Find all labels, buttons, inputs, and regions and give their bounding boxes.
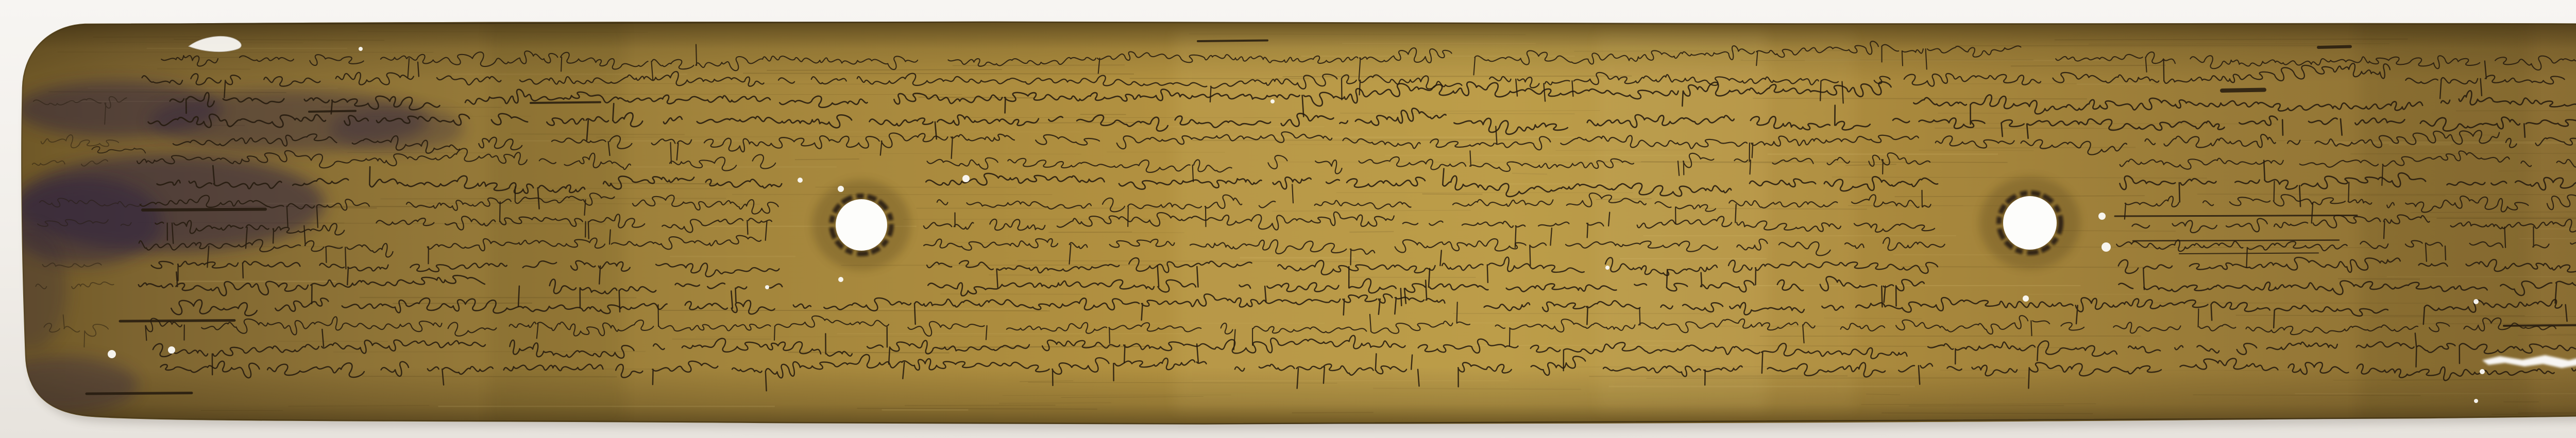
ink-rule xyxy=(120,321,234,322)
ink-rule xyxy=(2504,325,2576,326)
ink-rule xyxy=(2318,47,2350,48)
ink-rule xyxy=(309,111,355,112)
ink-rule xyxy=(143,209,265,211)
ink-rule xyxy=(1198,41,1267,42)
string-hole xyxy=(836,199,887,251)
scanned-page: 6 1 9 620 xyxy=(0,0,2576,438)
ink-rule xyxy=(531,102,600,103)
manuscript-scan: 6 1 9 620 xyxy=(0,0,2576,438)
string-hole xyxy=(2003,196,2057,250)
ink-rule xyxy=(2133,240,2339,241)
ink-rule xyxy=(2115,216,2357,217)
ink-rule xyxy=(87,393,192,394)
ink-rule xyxy=(2222,90,2264,91)
